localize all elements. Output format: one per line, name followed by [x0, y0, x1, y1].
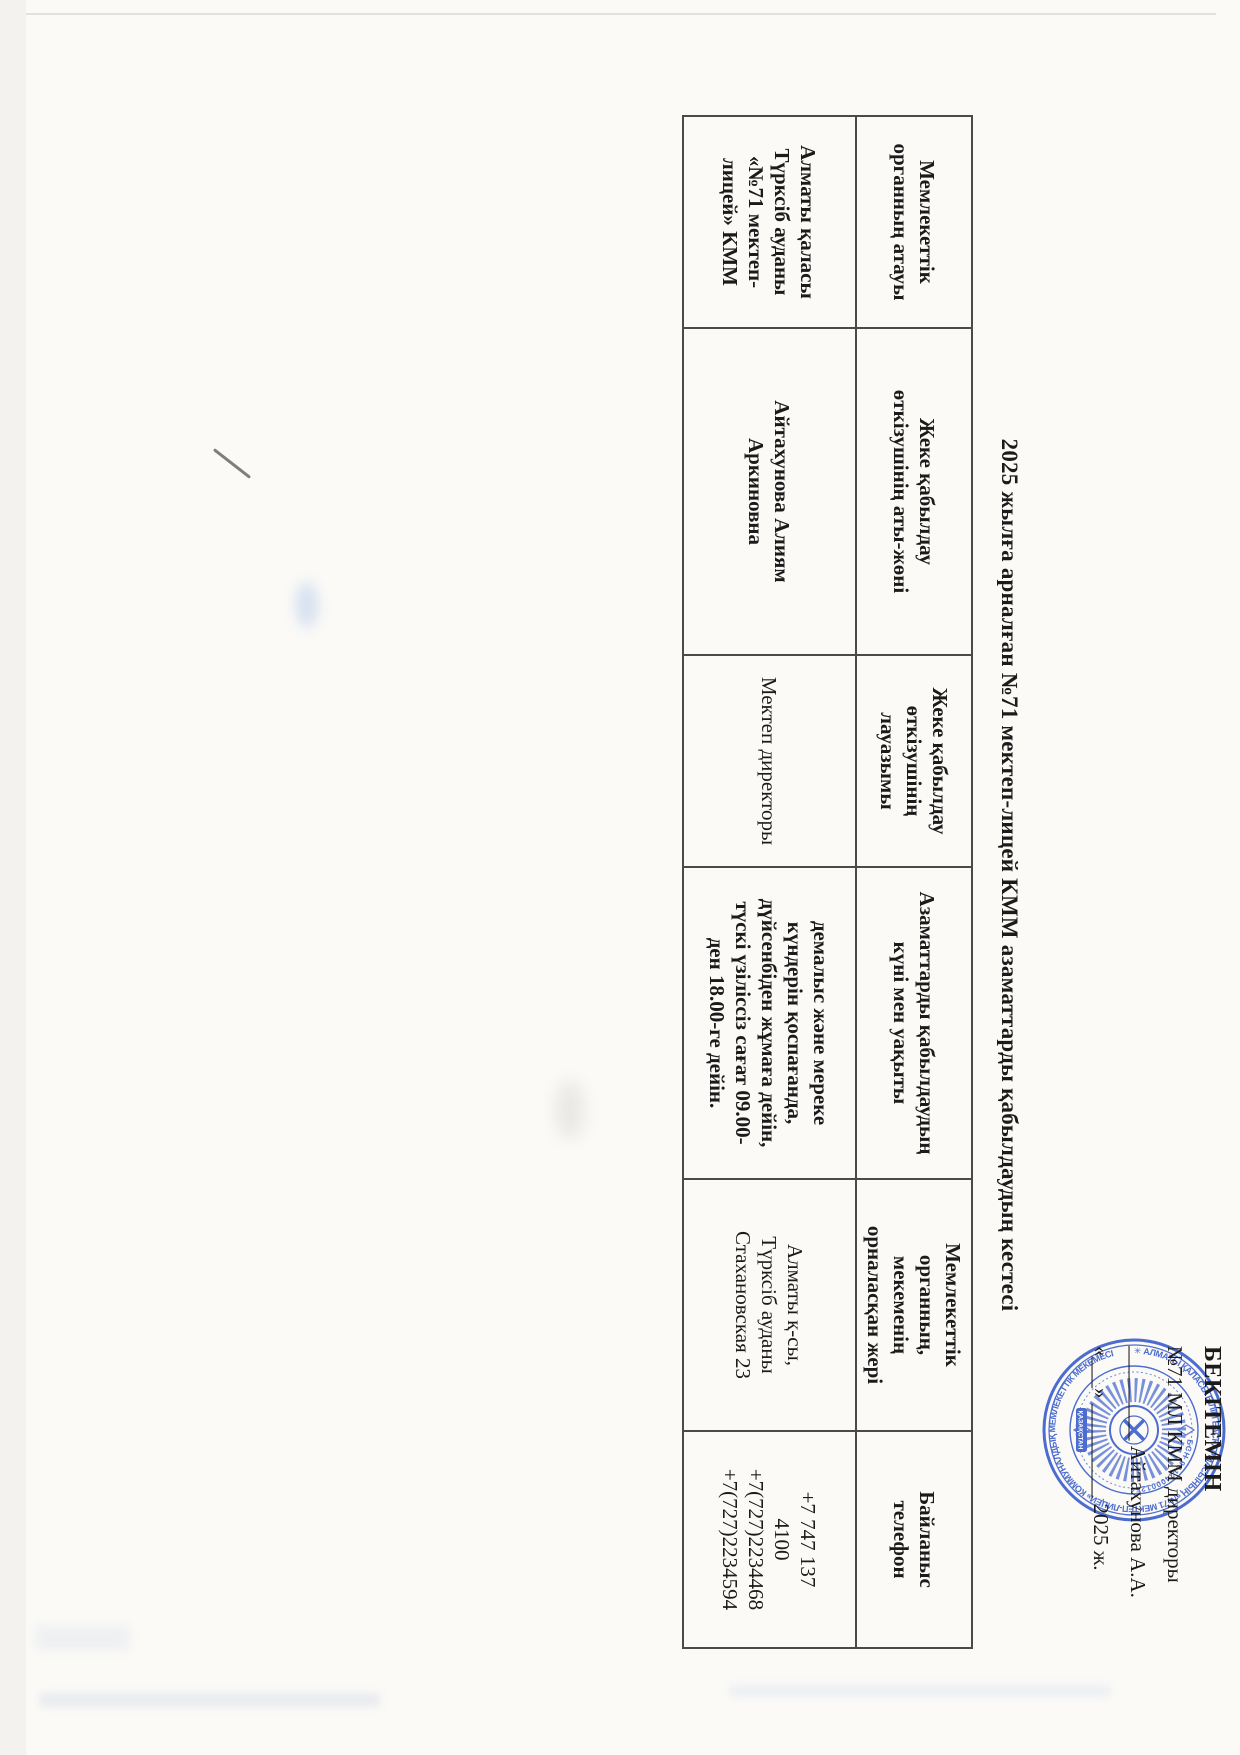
table-column-receiver-name: Жеке қабылдау өткізушінің аты-жөні Айтах… [682, 329, 973, 656]
approval-position: №71 МЛ КММ директоры [1156, 1346, 1193, 1656]
header-cell-authority: Мемлекеттік органның атауы [855, 117, 973, 327]
scan-smudge [40, 1693, 380, 1707]
document-title: 2025 жылға арналған №71 мектеп-лицей КММ… [996, 115, 1022, 1635]
scan-smudge [35, 1626, 130, 1650]
data-cell-receiver-position: Мектеп директоры [682, 656, 855, 866]
pencil-smudge [555, 1080, 585, 1140]
approval-date: «___» _________ 2025 ж. [1082, 1346, 1119, 1656]
table-column-authority: Мемлекеттік органның атауы Алматы қаласы… [682, 115, 973, 329]
approval-title: БЕКІТЕМІН [1193, 1346, 1230, 1656]
reception-schedule-table: Мемлекеттік органның атауы Алматы қаласы… [682, 115, 973, 1649]
data-cell-reception-time: демалыс және мереке күндерін қоспағанда,… [682, 868, 855, 1178]
ink-smudge [296, 582, 318, 628]
pen-mark [213, 448, 251, 479]
header-cell-phone: Байланыс телефон [855, 1432, 973, 1647]
table-column-location: Мемлекеттік органның, мекеменің орналасқ… [682, 1180, 973, 1432]
header-cell-receiver-position: Жеке қабылдау өткізушінің лауазымы [855, 656, 973, 866]
approval-signature: _________ Айтахунова А.А. [1119, 1346, 1156, 1656]
data-cell-phone: +7 747 137 4100 +7(727)2234468 +7(727)22… [682, 1432, 855, 1647]
table-column-receiver-position: Жеке қабылдау өткізушінің лауазымы Мекте… [682, 656, 973, 868]
scanned-page: 2025 жылға арналған №71 мектеп-лицей КММ… [0, 0, 1240, 1755]
data-cell-location: Алматы қ-сы, Түрксіб ауданы Стахановская… [682, 1180, 855, 1430]
header-cell-location: Мемлекеттік органның, мекеменің орналасқ… [855, 1180, 973, 1430]
scan-smudge [730, 1685, 1110, 1697]
data-cell-receiver-name: Айтахунова Алиям Аркиновна [682, 329, 855, 654]
scan-edge-strip [0, 0, 26, 1755]
approval-block: БЕКІТЕМІН №71 МЛ КММ директоры _________… [1082, 1346, 1230, 1656]
document-sheet: 2025 жылға арналған №71 мектеп-лицей КММ… [0, 0, 1240, 1755]
table-column-phone: Байланыс телефон +7 747 137 4100 +7(727)… [682, 1432, 973, 1649]
header-cell-receiver-name: Жеке қабылдау өткізушінің аты-жөні [855, 329, 973, 654]
scan-edge-line [26, 13, 1216, 15]
header-cell-reception-time: Азаматтарды қабылдаудың күні мен уақыты [855, 868, 973, 1178]
table-column-reception-time: Азаматтарды қабылдаудың күні мен уақыты … [682, 868, 973, 1180]
data-cell-authority: Алматы қаласы Түрксіб ауданы «№71 мектеп… [682, 117, 855, 327]
